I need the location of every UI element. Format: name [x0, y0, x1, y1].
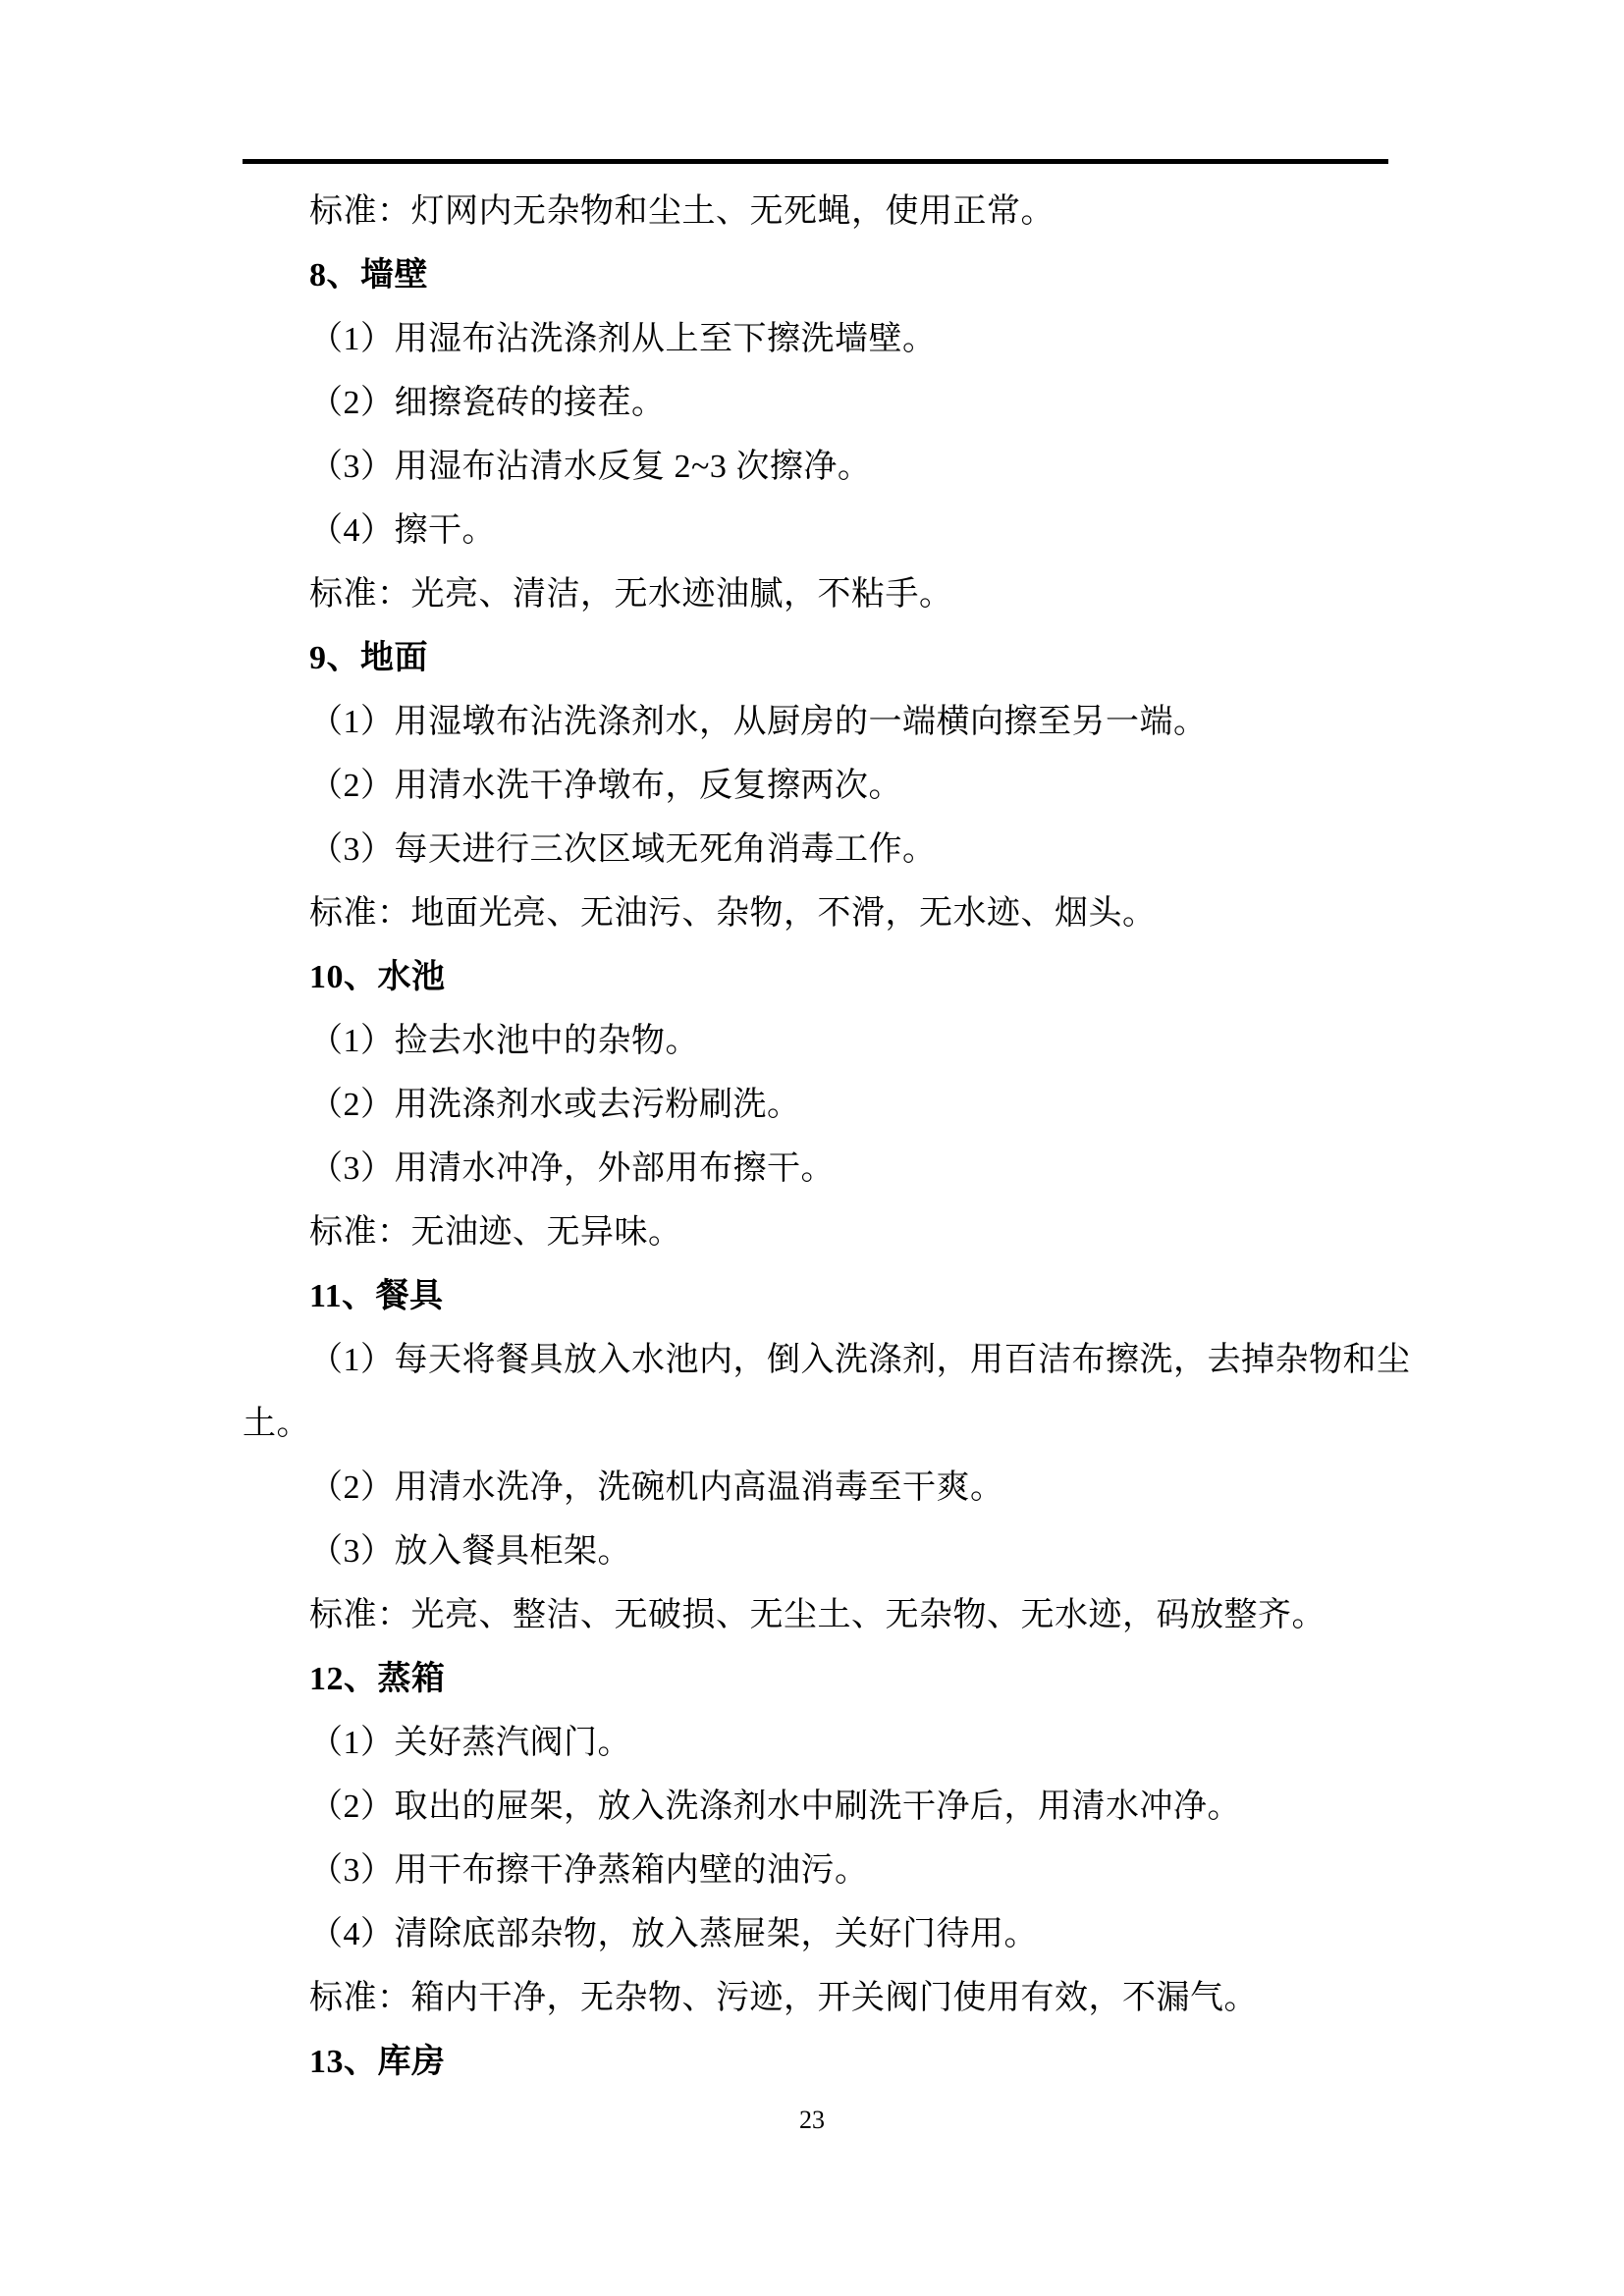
paragraph-standard: 标准：无油迹、无异味。	[243, 1201, 1460, 1264]
paragraph-standard: 标准：箱内干净，无杂物、污迹，开关阀门使用有效，不漏气。	[243, 1966, 1460, 2030]
paragraph-continuation: 土。	[243, 1392, 1460, 1456]
paragraph-step: （3）用清水冲净，外部用布擦干。	[243, 1137, 1460, 1201]
paragraph-step: （2）取出的屉架，放入洗涤剂水中刷洗干净后，用清水冲净。	[243, 1775, 1460, 1839]
paragraph-heading: 13、库房	[243, 2030, 1460, 2094]
paragraph-step: （3）放入餐具柜架。	[243, 1520, 1460, 1583]
paragraph-step: （1）捡去水池中的杂物。	[243, 1009, 1460, 1073]
paragraph-step: （2）用清水洗干净墩布，反复擦两次。	[243, 754, 1460, 818]
paragraph-step: （4）清除底部杂物，放入蒸屉架，关好门待用。	[243, 1902, 1460, 1966]
paragraph-heading: 8、墙壁	[243, 243, 1460, 307]
paragraph-step: （4）擦干。	[243, 499, 1460, 562]
paragraph-standard: 标准：光亮、清洁，无水迹油腻，不粘手。	[243, 562, 1460, 626]
paragraph-step: （2）用洗涤剂水或去污粉刷洗。	[243, 1073, 1460, 1137]
header-rule	[243, 159, 1388, 164]
paragraph-standard: 标准：光亮、整洁、无破损、无尘土、无杂物、无水迹，码放整齐。	[243, 1583, 1460, 1647]
paragraph-heading: 9、地面	[243, 626, 1460, 690]
paragraph-step: （1）用湿墩布沾洗涤剂水，从厨房的一端横向擦至另一端。	[243, 690, 1460, 754]
document-page: 标准：灯网内无杂物和尘土、无死蝇，使用正常。8、墙壁（1）用湿布沾洗涤剂从上至下…	[0, 0, 1624, 2296]
paragraph-step: （3）用干布擦干净蒸箱内壁的油污。	[243, 1839, 1460, 1902]
paragraph-step: （3）每天进行三次区域无死角消毒工作。	[243, 818, 1460, 881]
paragraph-heading: 11、餐具	[243, 1264, 1460, 1328]
page-number: 23	[0, 2104, 1624, 2137]
paragraph-step: （1）用湿布沾洗涤剂从上至下擦洗墙壁。	[243, 307, 1460, 371]
paragraph-step: （2）细擦瓷砖的接茬。	[243, 371, 1460, 435]
paragraph-heading: 10、水池	[243, 945, 1460, 1009]
paragraph-step: （1）每天将餐具放入水池内，倒入洗涤剂，用百洁布擦洗，去掉杂物和尘	[243, 1328, 1460, 1392]
paragraph-step: （3）用湿布沾清水反复 2~3 次擦净。	[243, 435, 1460, 499]
paragraph-heading: 12、蒸箱	[243, 1647, 1460, 1711]
paragraph-step: （1）关好蒸汽阀门。	[243, 1711, 1460, 1775]
document-content: 标准：灯网内无杂物和尘土、无死蝇，使用正常。8、墙壁（1）用湿布沾洗涤剂从上至下…	[243, 180, 1460, 2094]
paragraph-standard: 标准：灯网内无杂物和尘土、无死蝇，使用正常。	[243, 180, 1460, 243]
paragraph-standard: 标准：地面光亮、无油污、杂物，不滑，无水迹、烟头。	[243, 881, 1460, 945]
paragraph-step: （2）用清水洗净，洗碗机内高温消毒至干爽。	[243, 1456, 1460, 1520]
